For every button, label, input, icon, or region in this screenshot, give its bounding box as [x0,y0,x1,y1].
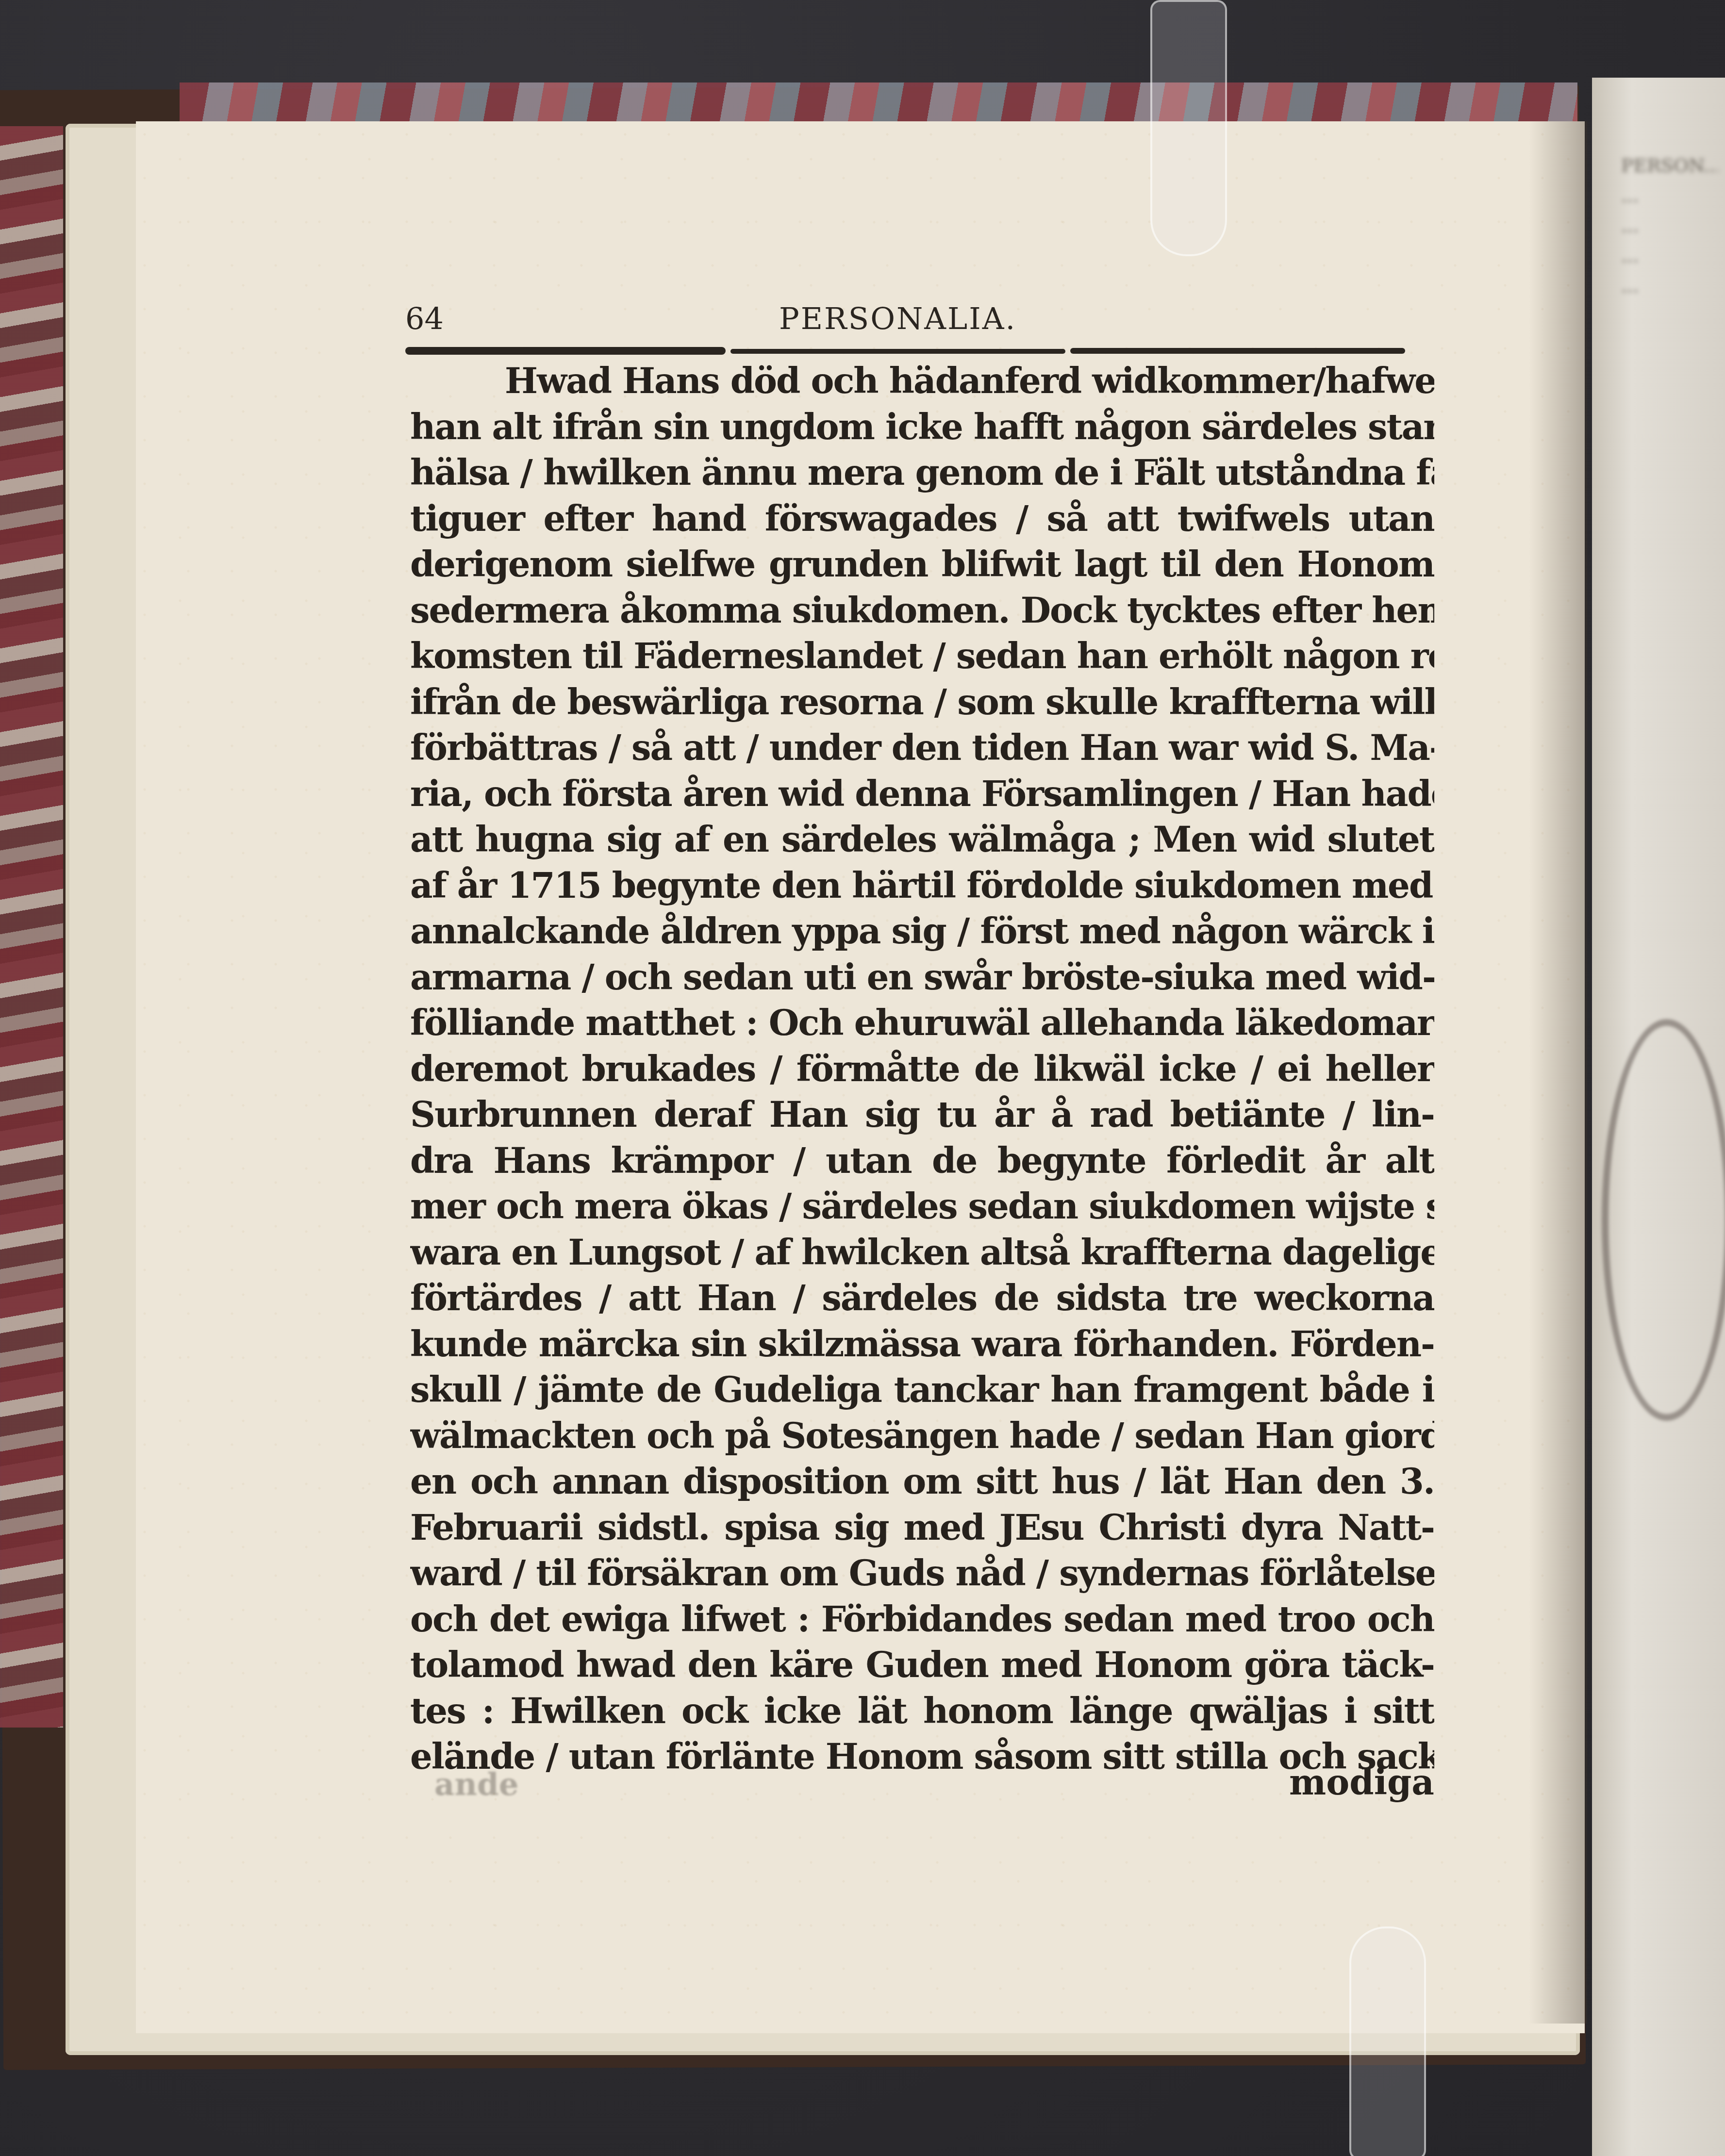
text-line: sedermera åkomma siukdomen. Dock tycktes… [410,588,1434,634]
header-rule [1070,348,1405,354]
page-clip-bottom [1349,1926,1426,2156]
text-line: kunde märcka sin skilzmässa wara förhand… [410,1321,1434,1367]
text-line: derigenom sielfwe grunden blifwit lagt t… [410,542,1434,588]
text-line: att hugna sig af en särdeles wälmåga ; M… [410,817,1434,863]
header-rule [405,347,726,355]
body-text: Hwad Hans död och hädanferd widkommer/ha… [410,358,1434,1780]
text-line: deremot brukades / förmåtte de likwäl ic… [410,1046,1434,1092]
text-line: dra Hans krämpor / utan de begynte förle… [410,1138,1434,1184]
text-line: förbättras / så att / under den tiden Ha… [410,725,1434,771]
text-line: hälsa / hwilken ännu mera genom de i Fäl… [410,450,1434,496]
right-page-blurred-text: PERSON... ... ... ... ... [1621,150,1718,301]
text-line: ward / til försäkran om Guds nåd / synde… [410,1550,1434,1596]
marbled-endpaper-top [180,82,1577,126]
text-line: Hwad Hans död och hädanferd widkommer/ha… [410,358,1434,404]
text-line: Surbrunnen deraf Han sig tu år å rad bet… [410,1092,1434,1138]
text-line: förtärdes / att Han / särdeles de sidsta… [410,1275,1434,1321]
text-line: mer och mera ökas / särdeles sedan siukd… [410,1184,1434,1230]
catchword: modiga [1289,1761,1434,1803]
page-clip-top [1150,0,1227,256]
text-line: tes : Hwilken ock icke lät honom länge q… [410,1688,1434,1734]
text-line: komsten til Fäderneslandet / sedan han e… [410,633,1434,679]
gutter-shadow [1529,121,1587,2024]
page-number: 64 [405,301,444,336]
text-line: skull / jämte de Gudeliga tanckar han fr… [410,1367,1434,1413]
text-line: en och annan disposition om sitt hus / l… [410,1459,1434,1505]
running-head: PERSONALIA. [779,301,1016,336]
page-header: 64 PERSONALIA. [405,298,1439,347]
text-line: armarna / och sedan uti en swår bröste-s… [410,955,1434,1001]
text-line: Februarii sidstl. spisa sig med JEsu Chr… [410,1505,1434,1551]
text-line: wälmackten och på Sotesängen hade / seda… [410,1413,1434,1459]
text-line: annalckande åldren yppa sig / först med … [410,908,1434,955]
text-line: tiguer efter hand förswagades / så att t… [410,496,1434,542]
text-line: ifrån de beswärliga resorna / som skulle… [410,679,1434,725]
text-line: han alt ifrån sin ungdom icke hafft någo… [410,404,1434,450]
text-line: af år 1715 begynte den härtil fördolde s… [410,863,1434,909]
text-line: wara en Lungsot / af hwilcken altså kraf… [410,1230,1434,1276]
text-line: tolamod hwad den käre Guden med Honom gö… [410,1642,1434,1688]
text-line: ria, och första åren wid denna Församlin… [410,771,1434,817]
text-line: fölliande matthet : Och ehuruwäl allehan… [410,1000,1434,1046]
header-rule [730,349,1065,354]
catchword-row: modiga [410,1761,1434,1810]
calligraphic-flourish [1602,1019,1725,1421]
marbled-endpaper-left [0,126,63,1728]
text-line: och det ewiga lifwet : Förbidandes sedan… [410,1596,1434,1643]
